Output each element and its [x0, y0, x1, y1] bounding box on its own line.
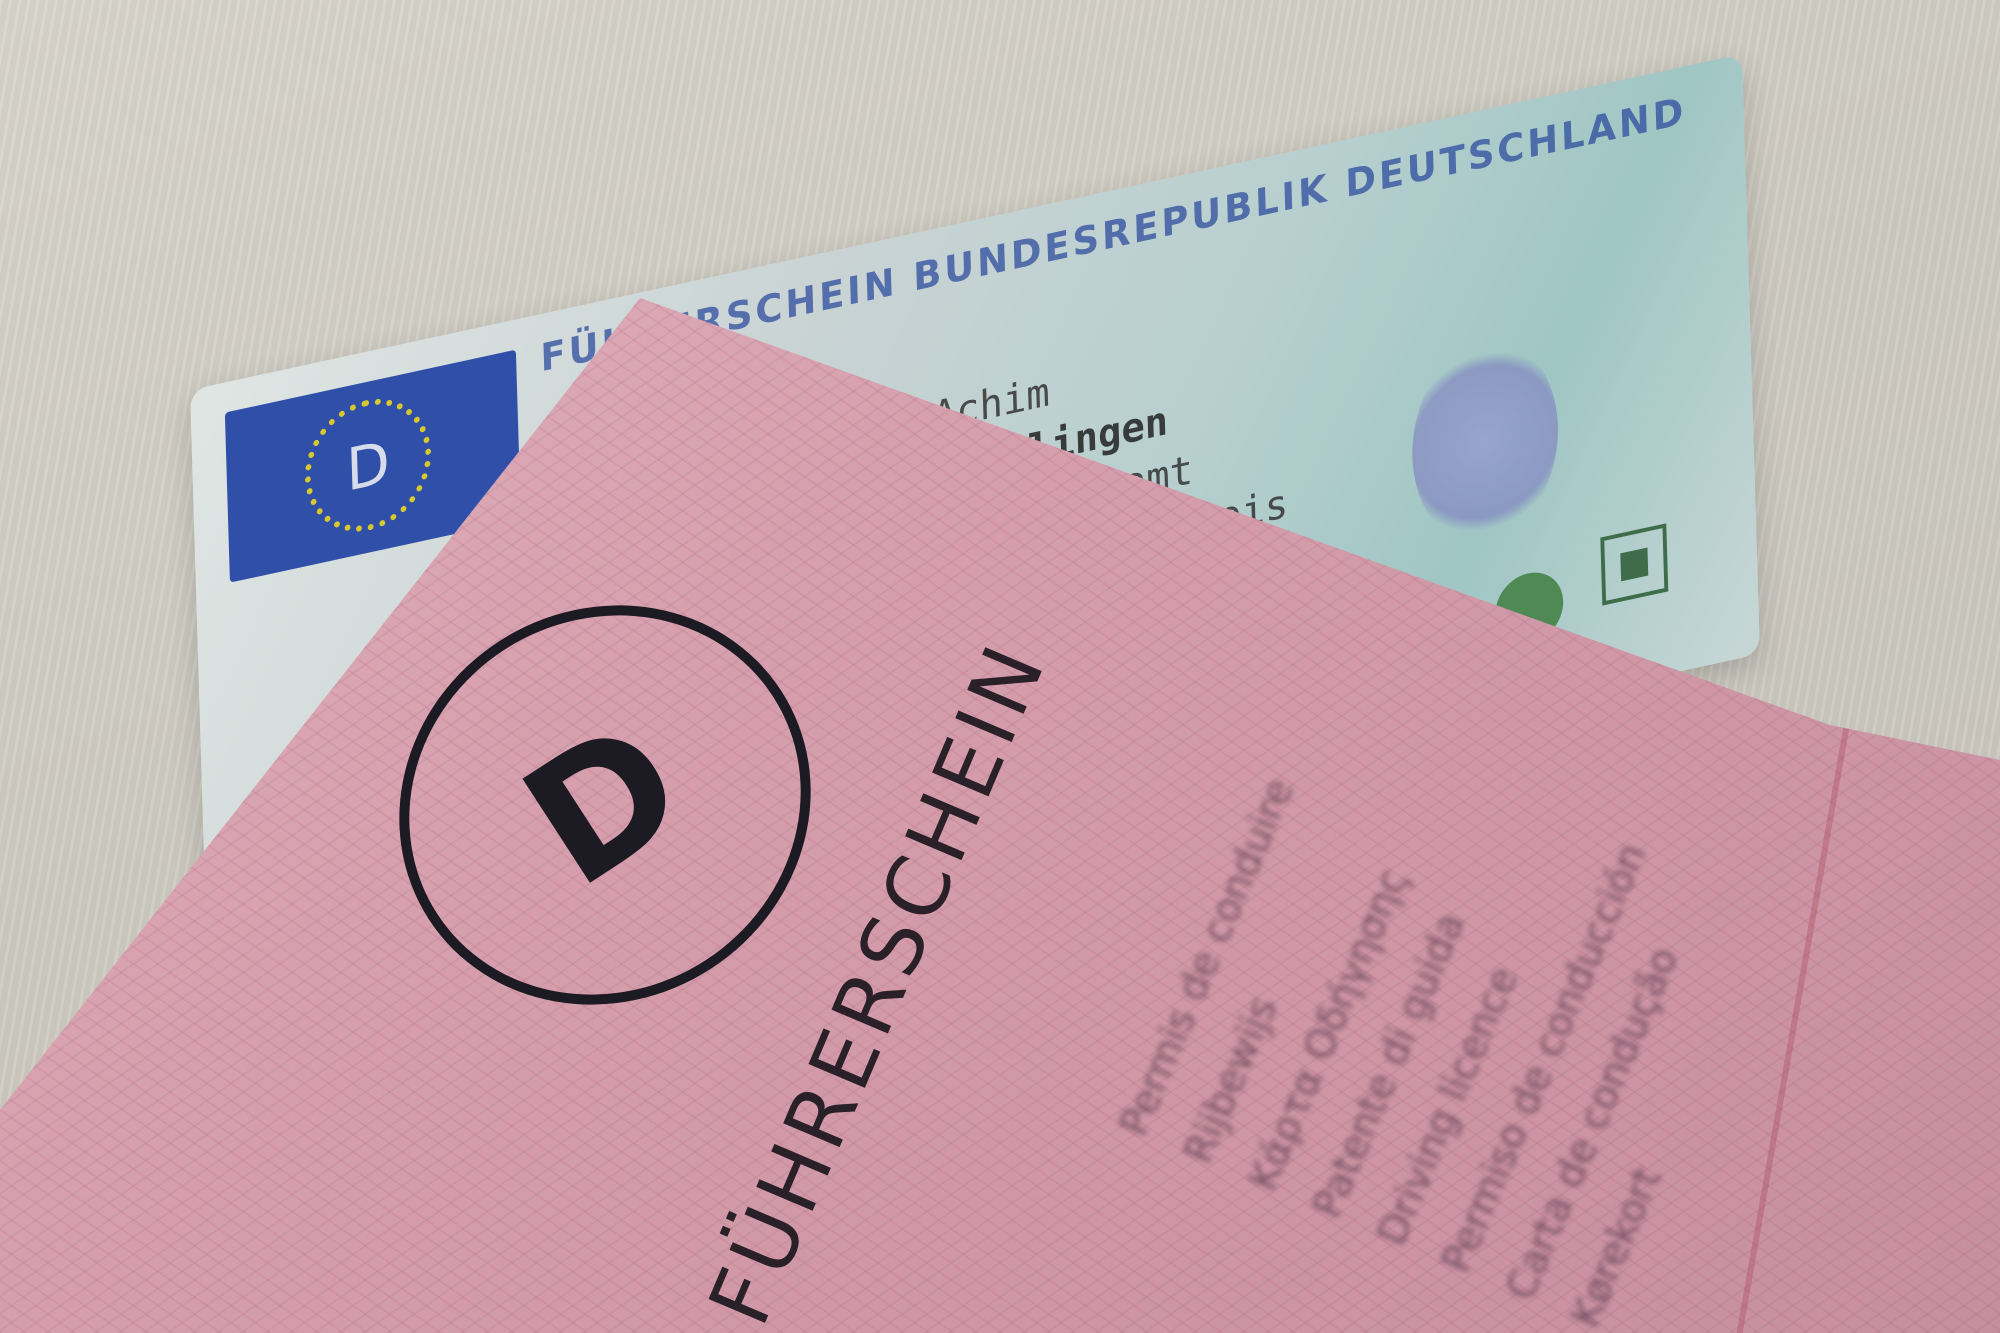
country-oval-emblem: D — [323, 527, 888, 1083]
translations-block: Permis de conduire Rijbewijs Κάρτα Οδήγη… — [1100, 695, 1796, 1333]
paper-fold — [1736, 724, 1850, 1333]
square-symbol-icon — [1600, 523, 1668, 605]
hologram-seal-icon — [1409, 326, 1561, 558]
oval-country-code: D — [383, 612, 826, 996]
